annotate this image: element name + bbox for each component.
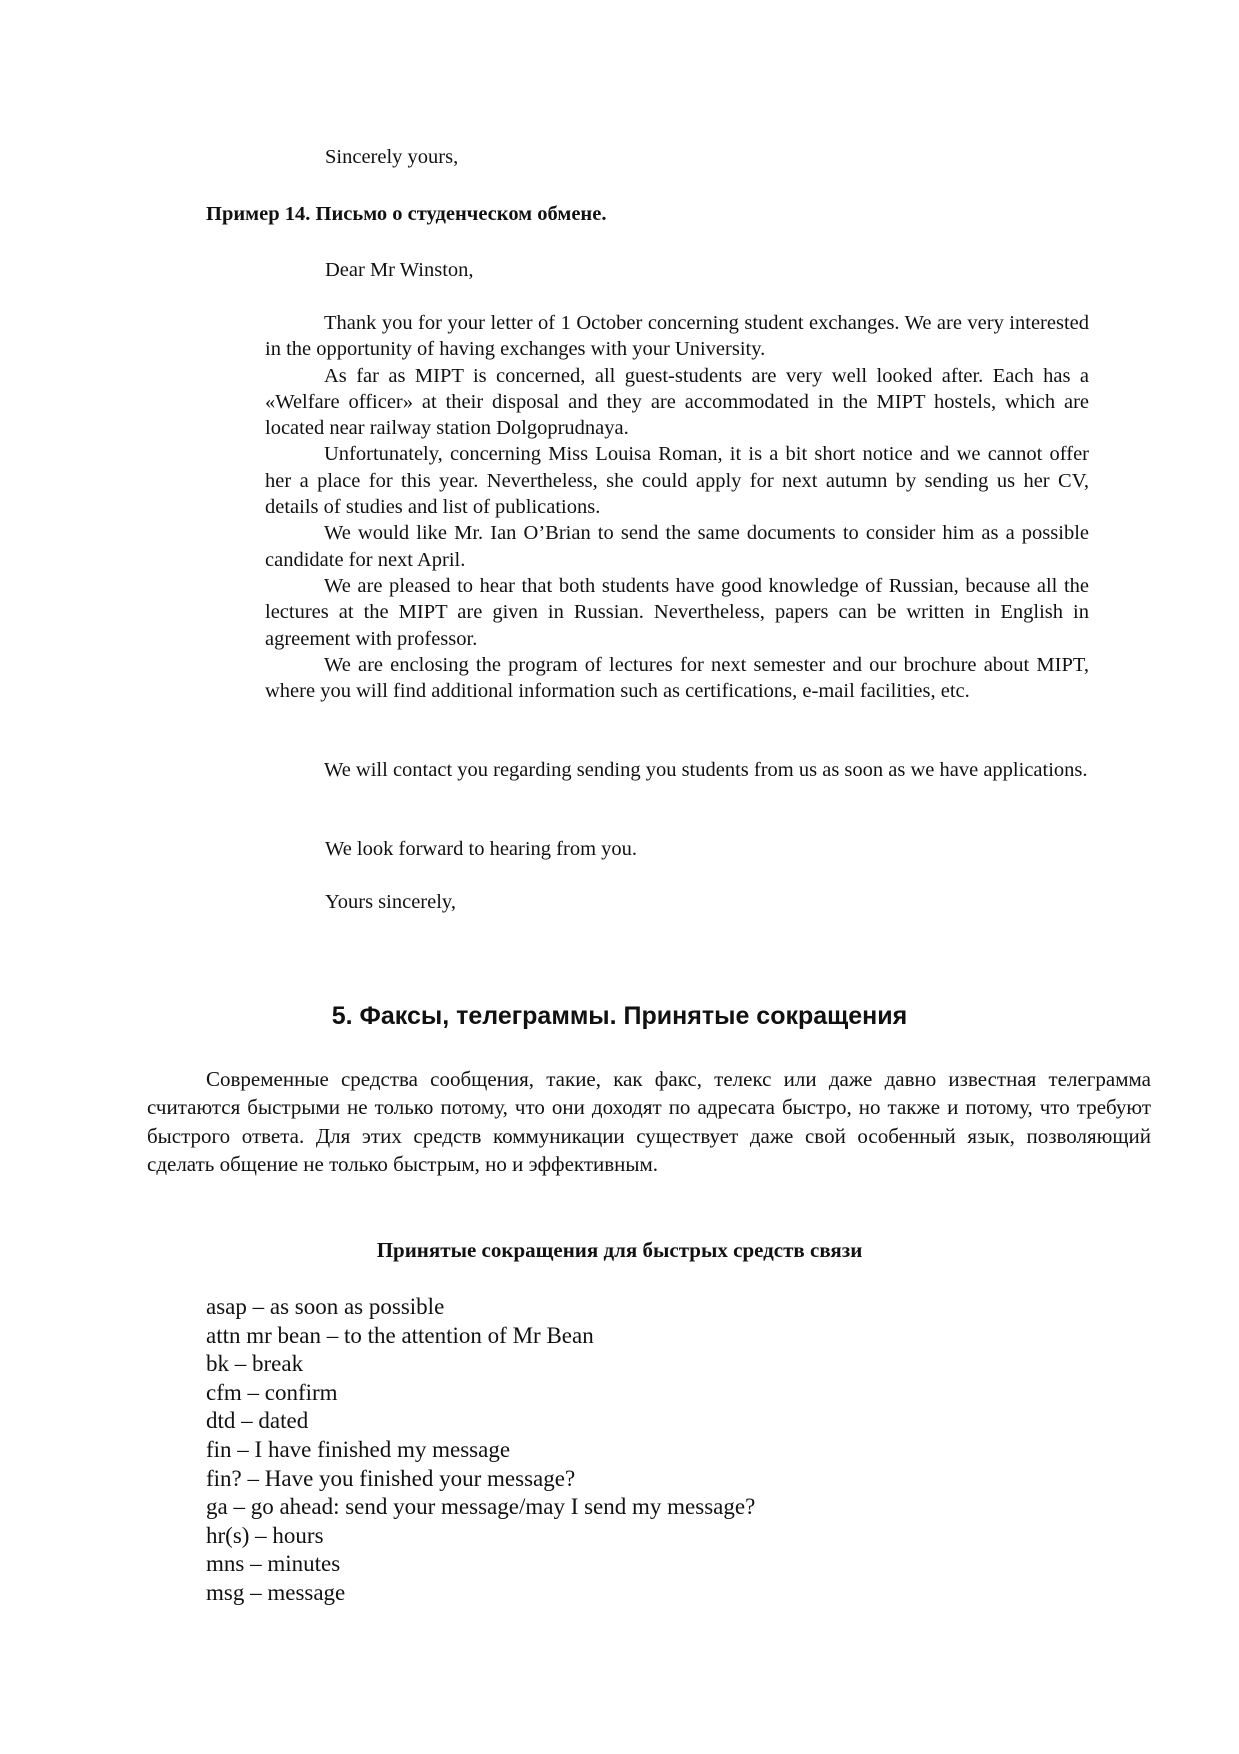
list-item: attn mr bean – to the attention of Mr Be… — [206, 1322, 755, 1351]
document-page: Sincerely yours, Пример 14. Письмо о сту… — [0, 0, 1239, 1754]
letter-paragraph: Unfortunately, concerning Miss Louisa Ro… — [265, 441, 1089, 520]
list-item: fin – I have finished my message — [206, 1436, 755, 1465]
section-intro: Современные средства сообщения, такие, к… — [147, 1065, 1151, 1178]
section-intro-text: Современные средства сообщения, такие, к… — [147, 1065, 1151, 1178]
letter-forward: We look forward to hearing from you. — [325, 836, 637, 862]
letter-contact-paragraph: We will contact you regarding sending yo… — [265, 757, 1089, 783]
closing-sincerely-yours: Sincerely yours, — [325, 144, 458, 170]
letter-contact-text: We will contact you regarding sending yo… — [265, 757, 1089, 783]
letter-paragraph: Thank you for your letter of 1 October c… — [265, 310, 1089, 363]
list-item: mns – minutes — [206, 1550, 755, 1579]
list-item: ga – go ahead: send your message/may I s… — [206, 1493, 755, 1522]
list-item: hr(s) – hours — [206, 1522, 755, 1551]
letter-paragraph: As far as MIPT is concerned, all guest-s… — [265, 363, 1089, 442]
list-item: dtd – dated — [206, 1407, 755, 1436]
letter-paragraph: We would like Mr. Ian O’Brian to send th… — [265, 520, 1089, 573]
example-heading: Пример 14. Письмо о студенческом обмене. — [206, 201, 606, 227]
abbreviations-heading: Принятые сокращения для быстрых средств … — [0, 1238, 1239, 1263]
section-heading: 5. Факсы, телеграммы. Принятые сокращени… — [0, 1002, 1239, 1031]
letter-body: Thank you for your letter of 1 October c… — [265, 310, 1089, 704]
list-item: bk – break — [206, 1350, 755, 1379]
salutation: Dear Mr Winston, — [325, 257, 474, 283]
letter-paragraph: We are pleased to hear that both student… — [265, 573, 1089, 652]
list-item: asap – as soon as possible — [206, 1293, 755, 1322]
list-item: msg – message — [206, 1579, 755, 1608]
list-item: cfm – confirm — [206, 1379, 755, 1408]
list-item: fin? – Have you finished your message? — [206, 1465, 755, 1494]
letter-closing: Yours sincerely, — [325, 889, 456, 915]
abbreviations-list: asap – as soon as possible attn mr bean … — [206, 1293, 755, 1608]
letter-paragraph: We are enclosing the program of lectures… — [265, 652, 1089, 705]
